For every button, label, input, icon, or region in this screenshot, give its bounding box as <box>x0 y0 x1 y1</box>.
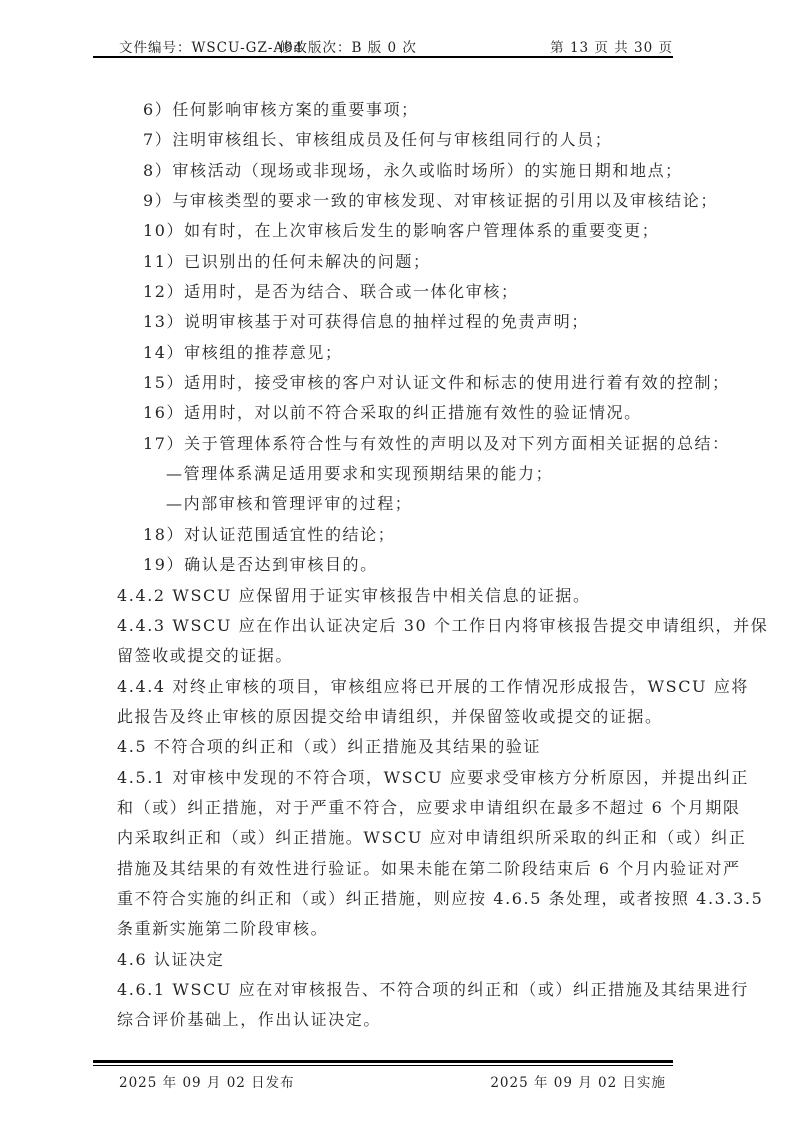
text-line: 留签收或提交的证据。 <box>117 641 757 671</box>
text-line: 重不符合实施的纠正和（或）纠正措施，则应按 4.6.5 条处理，或者按照 4.3… <box>117 884 757 914</box>
text-line: 4.4.4 对终止审核的项目，审核组应将已开展的工作情况形成报告，WSCU 应将 <box>117 672 757 702</box>
text-line: 4.6 认证决定 <box>117 945 757 975</box>
text-line: 4.5 不符合项的纠正和（或）纠正措施及其结果的验证 <box>117 732 757 762</box>
text-line: 11）已识别出的任何未解决的问题； <box>117 247 757 277</box>
header-rule <box>93 56 673 58</box>
page-footer: 2025 年 09 月 02 日发布 2025 年 09 月 02 日实施 <box>0 1071 794 1091</box>
doc-number: 文件编号：WSCU-GZ-A04 <box>119 36 303 56</box>
text-line: 15）适用时，接受审核的客户对认证文件和标志的使用进行着有效的控制； <box>117 368 757 398</box>
text-line: 8）审核活动（现场或非现场，永久或临时场所）的实施日期和地点； <box>117 156 757 186</box>
text-line: 此报告及终止审核的原因提交给申请组织，并保留签收或提交的证据。 <box>117 702 757 732</box>
text-line: 4.5.1 对审核中发现的不符合项，WSCU 应要求受审核方分析原因，并提出纠正 <box>117 763 757 793</box>
text-line: 综合评价基础上，作出认证决定。 <box>117 1005 757 1035</box>
text-line: 内采取纠正和（或）纠正措施。WSCU 应对申请组织所采取的纠正和（或）纠正 <box>117 823 757 853</box>
text-line: 条重新实施第二阶段审核。 <box>117 914 757 944</box>
text-line: 和（或）纠正措施，对于严重不符合，应要求申请组织在最多不超过 6 个月期限 <box>117 793 757 823</box>
text-line: 14）审核组的推荐意见； <box>117 338 757 368</box>
revision-label: 修改版次：B 版 0 次 <box>279 36 417 56</box>
text-line: —内部审核和管理评审的过程； <box>117 489 757 519</box>
text-line: 4.4.2 WSCU 应保留用于证实审核报告中相关信息的证据。 <box>117 581 757 611</box>
text-line: —管理体系满足适用要求和实现预期结果的能力； <box>117 459 757 489</box>
text-line: 12）适用时，是否为结合、联合或一体化审核； <box>117 277 757 307</box>
text-line: 19）确认是否达到审核目的。 <box>117 550 757 580</box>
text-line: 4.6.1 WSCU 应在对审核报告、不符合项的纠正和（或）纠正措施及其结果进行 <box>117 975 757 1005</box>
text-line: 16）适用时，对以前不符合采取的纠正措施有效性的验证情况。 <box>117 398 757 428</box>
footer-rule <box>93 1060 673 1066</box>
text-line: 4.4.3 WSCU 应在作出认证决定后 30 个工作日内将审核报告提交申请组织… <box>117 611 757 641</box>
page-info: 第 13 页 共 30 页 <box>550 36 673 56</box>
document-body: 6）任何影响审核方案的重要事项；7）注明审核组长、审核组成员及任何与审核组同行的… <box>117 95 757 1036</box>
text-line: 13）说明审核基于对可获得信息的抽样过程的免责声明； <box>117 307 757 337</box>
implement-date: 2025 年 09 月 02 日实施 <box>490 1071 666 1091</box>
text-line: 17）关于管理体系符合性与有效性的声明以及对下列方面相关证据的总结： <box>117 429 757 459</box>
document-page: 文件编号：WSCU-GZ-A04 修改版次：B 版 0 次 第 13 页 共 3… <box>0 0 794 1123</box>
text-line: 18）对认证范围适宜性的结论； <box>117 520 757 550</box>
page-header: 文件编号：WSCU-GZ-A04 修改版次：B 版 0 次 第 13 页 共 3… <box>0 36 794 56</box>
text-line: 10）如有时，在上次审核后发生的影响客户管理体系的重要变更； <box>117 216 757 246</box>
text-line: 9）与审核类型的要求一致的审核发现、对审核证据的引用以及审核结论； <box>117 186 757 216</box>
text-line: 6）任何影响审核方案的重要事项； <box>117 95 757 125</box>
text-line: 7）注明审核组长、审核组成员及任何与审核组同行的人员； <box>117 125 757 155</box>
release-date: 2025 年 09 月 02 日发布 <box>119 1071 295 1091</box>
text-line: 措施及其结果的有效性进行验证。如果未能在第二阶段结束后 6 个月内验证对严 <box>117 854 757 884</box>
